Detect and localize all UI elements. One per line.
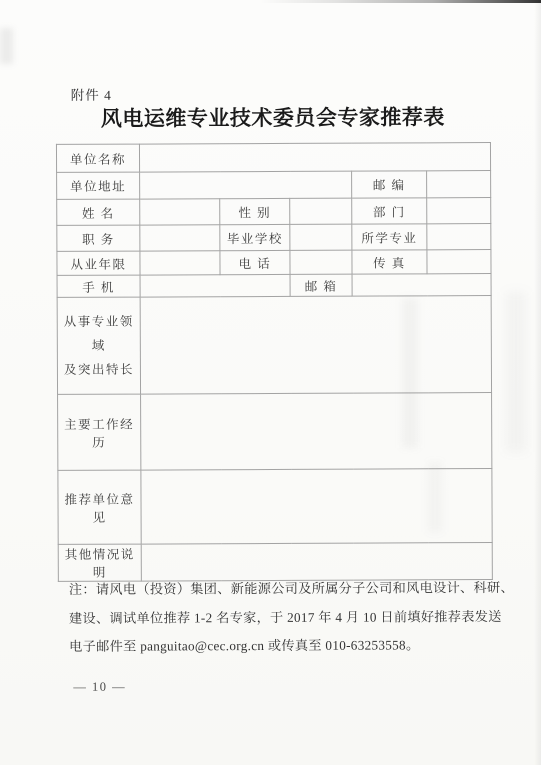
- department-label: 部 门: [352, 198, 427, 224]
- other-notes-label: 其他情况说明: [58, 544, 141, 581]
- table-row: 手 机 邮 箱: [57, 274, 491, 298]
- fax-label: 传 真: [352, 250, 427, 274]
- scan-edge-artifact: [0, 0, 541, 3]
- page-number: — 10 —: [73, 680, 126, 695]
- professional-field-label-line2: 及突出特长: [58, 358, 140, 382]
- page-content: 附件 4 风电运维专业技术委员会专家推荐表 单位名称 单位地址 邮 编: [0, 0, 541, 765]
- position-label: 职 务: [57, 225, 140, 251]
- ink-bleed-artifact: [506, 292, 526, 452]
- table-row: 单位地址 邮 编: [57, 171, 491, 200]
- scanned-page: 附件 4 风电运维专业技术委员会专家推荐表 单位名称 单位地址 邮 编: [0, 0, 541, 765]
- table-row: 主要工作经历: [58, 393, 492, 471]
- footer-note-line3: 电子邮件至 panguitao@cec.org.cn 或传真至 010-6325…: [69, 636, 501, 666]
- attachment-label: 附件 4: [71, 84, 112, 104]
- table-row: 其他情况说明: [58, 543, 492, 582]
- professional-field-label: 从事专业领域 及突出特长: [57, 297, 140, 394]
- page-title: 风电运维专业技术委员会专家推荐表: [56, 101, 490, 133]
- mobile-value-cell: [140, 274, 290, 297]
- years-experience-value-cell: [140, 251, 220, 275]
- phone-value-cell: [290, 250, 352, 274]
- gender-label: 性 别: [220, 198, 290, 224]
- postal-code-label: 邮 编: [352, 171, 427, 198]
- work-experience-label: 主要工作经历: [58, 394, 141, 470]
- name-value-cell: [140, 199, 220, 225]
- footer-note-line2: 建设、调试单位推荐 1-2 名专家，于 2017 年 4 月 10 日前填好推荐…: [69, 607, 501, 637]
- fax-value-cell: [427, 250, 491, 274]
- professional-field-label-line1: 从事专业领域: [58, 310, 140, 358]
- gender-value-cell: [290, 198, 352, 224]
- unit-name-value-cell: [139, 143, 490, 173]
- years-experience-label: 从业年限: [57, 251, 140, 275]
- graduate-school-label: 毕业学校: [220, 224, 290, 250]
- table-row: 从业年限 电 话 传 真: [57, 250, 491, 276]
- ink-bleed-artifact: [402, 298, 418, 448]
- department-value-cell: [427, 198, 491, 224]
- professional-field-value-cell: [140, 296, 491, 395]
- unit-address-value-cell: [140, 171, 352, 199]
- graduate-school-value-cell: [290, 224, 352, 250]
- footer-note: 注：请风电（投资）集团、新能源公司及所属分子公司和风电设计、科研、 建设、调试单…: [69, 579, 501, 666]
- scan-smudge-artifact: [0, 28, 13, 64]
- unit-address-label: 单位地址: [57, 172, 140, 199]
- name-label: 姓 名: [57, 199, 140, 225]
- table-row: 单位名称: [56, 143, 490, 173]
- email-value-cell: [352, 274, 491, 297]
- unit-name-label: 单位名称: [56, 144, 139, 172]
- table-row: 职 务 毕业学校 所学专业: [57, 224, 491, 252]
- table-row: 从事专业领域 及突出特长: [57, 296, 491, 395]
- position-value-cell: [140, 225, 220, 251]
- phone-label: 电 话: [220, 250, 290, 274]
- major-label: 所学专业: [352, 224, 427, 250]
- ink-bleed-artifact: [428, 462, 442, 532]
- major-value-cell: [427, 224, 491, 250]
- email-label: 邮 箱: [290, 274, 352, 296]
- footer-note-line1: 注：请风电（投资）集团、新能源公司及所属分子公司和风电设计、科研、: [69, 579, 501, 609]
- mobile-label: 手 机: [57, 275, 140, 297]
- recommending-unit-opinion-label: 推荐单位意见: [58, 470, 141, 544]
- scan-edge-shade: [534, 0, 541, 765]
- postal-code-value-cell: [427, 171, 491, 198]
- work-experience-value-cell: [141, 393, 492, 471]
- table-row: 姓 名 性 别 部 门: [57, 198, 491, 226]
- other-notes-value-cell: [141, 543, 492, 582]
